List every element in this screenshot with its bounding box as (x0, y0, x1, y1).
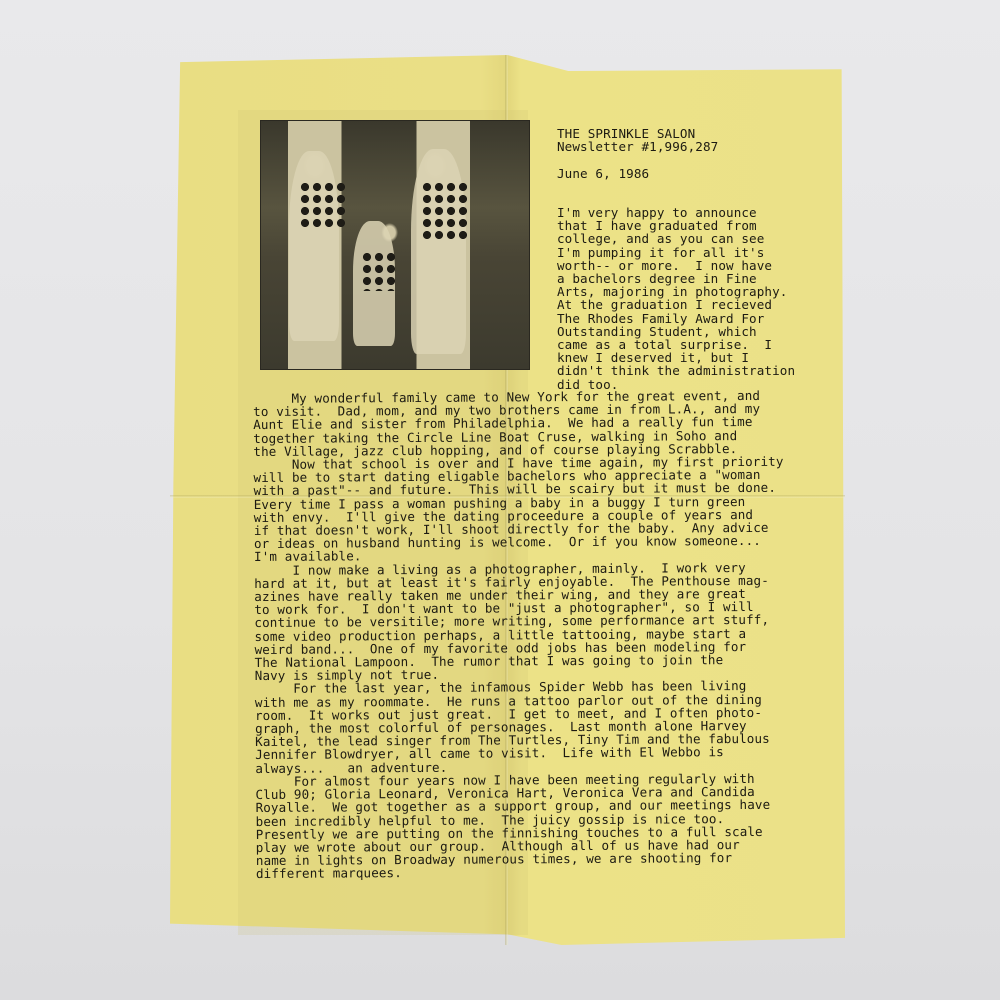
costumed-figures-photo (260, 120, 530, 370)
beads-child (361, 251, 397, 291)
body-text: My wonderful family came to New York for… (253, 389, 786, 881)
newsletter-header: THE SPRINKLE SALONNewsletter #1,996,287 (557, 127, 718, 153)
figure-right (411, 149, 466, 354)
body-line: Jennifer Blowdryer, all came to visit. L… (255, 745, 785, 761)
intro-line: The Rhodes Family Award For (557, 312, 795, 325)
figure-left (289, 151, 339, 341)
beads-right (421, 181, 471, 241)
newsletter-date: June 6, 1986 (557, 167, 649, 180)
intro-line: I'm pumping it for all it's (557, 246, 795, 259)
intro-line: At the graduation I recieved (557, 298, 795, 311)
newsletter-issue: Newsletter #1,996,287 (557, 140, 718, 153)
intro-paragraph: I'm very happy to announcethat I have gr… (557, 206, 795, 391)
beads-left (299, 181, 347, 231)
intro-line: didn't think the administration (557, 364, 795, 377)
intro-line: college, and as you can see (557, 232, 795, 245)
